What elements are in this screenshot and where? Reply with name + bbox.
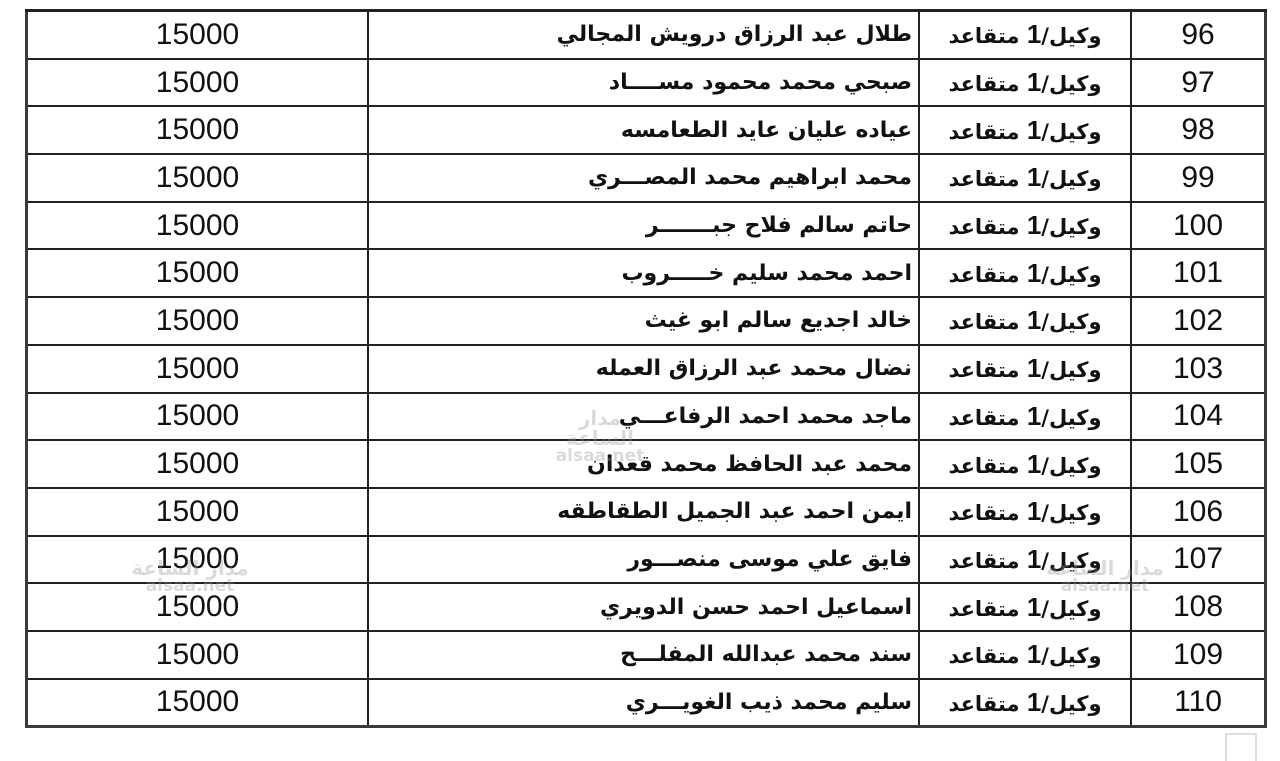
rank-cell: وكيل/1 متقاعد bbox=[919, 536, 1131, 584]
rank-text: وكيل/ bbox=[1041, 167, 1101, 191]
amount-cell: 15000 bbox=[27, 249, 369, 297]
rank-suffix: متقاعد bbox=[948, 310, 1026, 334]
number-cell: 108 bbox=[1131, 583, 1266, 631]
name-cell: محمد عبد الحافظ محمد قعدان bbox=[368, 440, 919, 488]
name-cell: ماجد محمد احمد الرفاعـــي bbox=[368, 393, 919, 441]
rank-digit: 1 bbox=[1027, 639, 1041, 669]
name-cell: احمد محمد سليم خـــــروب bbox=[368, 249, 919, 297]
rank-text: وكيل/ bbox=[1041, 120, 1101, 144]
rank-cell: وكيل/1 متقاعد bbox=[919, 631, 1131, 679]
number-cell: 98 bbox=[1131, 106, 1266, 154]
number-cell: 97 bbox=[1131, 59, 1266, 107]
table-row: 15000 حاتم سالم فلاح جبـــــــر وكيل/1 م… bbox=[27, 202, 1266, 250]
rank-text: وكيل/ bbox=[1041, 72, 1101, 96]
amount-cell: 15000 bbox=[27, 631, 369, 679]
rank-digit: 1 bbox=[1027, 496, 1041, 526]
rank-digit: 1 bbox=[1027, 19, 1041, 49]
rank-digit: 1 bbox=[1027, 210, 1041, 240]
rank-text: وكيل/ bbox=[1041, 24, 1101, 48]
amount-cell: 15000 bbox=[27, 536, 369, 584]
amount-cell: 15000 bbox=[27, 106, 369, 154]
rank-text: وكيل/ bbox=[1041, 406, 1101, 430]
name-cell: محمد ابراهيم محمد المصـــري bbox=[368, 154, 919, 202]
rank-cell: وكيل/1 متقاعد bbox=[919, 11, 1131, 59]
rank-cell: وكيل/1 متقاعد bbox=[919, 202, 1131, 250]
rank-digit: 1 bbox=[1027, 687, 1041, 717]
amount-cell: 15000 bbox=[27, 440, 369, 488]
table-row: 15000 سند محمد عبدالله المفلـــح وكيل/1 … bbox=[27, 631, 1266, 679]
rank-suffix: متقاعد bbox=[948, 263, 1026, 287]
rank-digit: 1 bbox=[1027, 353, 1041, 383]
rank-suffix: متقاعد bbox=[948, 167, 1026, 191]
rank-digit: 1 bbox=[1027, 592, 1041, 622]
table-row: 15000 ايمن احمد عبد الجميل الطقاطقه وكيل… bbox=[27, 488, 1266, 536]
name-cell: خالد اجديع سالم ابو غيث bbox=[368, 297, 919, 345]
amount-cell: 15000 bbox=[27, 202, 369, 250]
amount-cell: 15000 bbox=[27, 11, 369, 59]
rank-suffix: متقاعد bbox=[948, 72, 1026, 96]
name-cell: نضال محمد عبد الرزاق العمله bbox=[368, 345, 919, 393]
number-cell: 107 bbox=[1131, 536, 1266, 584]
rank-suffix: متقاعد bbox=[948, 406, 1026, 430]
amount-cell: 15000 bbox=[27, 154, 369, 202]
retirees-table: 15000 طلال عبد الرزاق درويش المجالي وكيل… bbox=[25, 9, 1267, 728]
rank-suffix: متقاعد bbox=[948, 215, 1026, 239]
number-cell: 103 bbox=[1131, 345, 1266, 393]
rank-digit: 1 bbox=[1027, 115, 1041, 145]
name-cell: اسماعيل احمد حسن الدويري bbox=[368, 583, 919, 631]
table-row: 15000 محمد ابراهيم محمد المصـــري وكيل/1… bbox=[27, 154, 1266, 202]
rank-text: وكيل/ bbox=[1041, 215, 1101, 239]
number-cell: 110 bbox=[1131, 679, 1266, 727]
rank-digit: 1 bbox=[1027, 401, 1041, 431]
rank-cell: وكيل/1 متقاعد bbox=[919, 106, 1131, 154]
number-cell: 96 bbox=[1131, 11, 1266, 59]
corner-placeholder-box bbox=[1225, 733, 1257, 761]
name-cell: سليم محمد ذيب الغويـــري bbox=[368, 679, 919, 727]
table-row: 15000 فايق علي موسى منصـــور وكيل/1 متقا… bbox=[27, 536, 1266, 584]
rank-text: وكيل/ bbox=[1041, 597, 1101, 621]
number-cell: 102 bbox=[1131, 297, 1266, 345]
rank-digit: 1 bbox=[1027, 258, 1041, 288]
rank-digit: 1 bbox=[1027, 305, 1041, 335]
rank-text: وكيل/ bbox=[1041, 310, 1101, 334]
rank-suffix: متقاعد bbox=[948, 692, 1026, 716]
amount-cell: 15000 bbox=[27, 393, 369, 441]
rank-digit: 1 bbox=[1027, 449, 1041, 479]
name-cell: طلال عبد الرزاق درويش المجالي bbox=[368, 11, 919, 59]
rank-suffix: متقاعد bbox=[948, 24, 1026, 48]
table-row: 15000 ماجد محمد احمد الرفاعـــي وكيل/1 م… bbox=[27, 393, 1266, 441]
rank-text: وكيل/ bbox=[1041, 549, 1101, 573]
rank-cell: وكيل/1 متقاعد bbox=[919, 297, 1131, 345]
number-cell: 109 bbox=[1131, 631, 1266, 679]
amount-cell: 15000 bbox=[27, 59, 369, 107]
table-row: 15000 طلال عبد الرزاق درويش المجالي وكيل… bbox=[27, 11, 1266, 59]
amount-cell: 15000 bbox=[27, 679, 369, 727]
rank-cell: وكيل/1 متقاعد bbox=[919, 249, 1131, 297]
amount-cell: 15000 bbox=[27, 345, 369, 393]
table-row: 15000 عياده عليان عايد الطعامسه وكيل/1 م… bbox=[27, 106, 1266, 154]
number-cell: 106 bbox=[1131, 488, 1266, 536]
rank-text: وكيل/ bbox=[1041, 454, 1101, 478]
number-cell: 100 bbox=[1131, 202, 1266, 250]
table-row: 15000 صبحي محمد محمود مســــاد وكيل/1 مت… bbox=[27, 59, 1266, 107]
rank-suffix: متقاعد bbox=[948, 597, 1026, 621]
amount-cell: 15000 bbox=[27, 297, 369, 345]
rank-cell: وكيل/1 متقاعد bbox=[919, 393, 1131, 441]
rank-text: وكيل/ bbox=[1041, 644, 1101, 668]
rank-digit: 1 bbox=[1027, 162, 1041, 192]
rank-text: وكيل/ bbox=[1041, 263, 1101, 287]
rank-cell: وكيل/1 متقاعد bbox=[919, 154, 1131, 202]
rank-cell: وكيل/1 متقاعد bbox=[919, 345, 1131, 393]
table-row: 15000 نضال محمد عبد الرزاق العمله وكيل/1… bbox=[27, 345, 1266, 393]
table-row: 15000 محمد عبد الحافظ محمد قعدان وكيل/1 … bbox=[27, 440, 1266, 488]
amount-cell: 15000 bbox=[27, 488, 369, 536]
rank-suffix: متقاعد bbox=[948, 358, 1026, 382]
number-cell: 105 bbox=[1131, 440, 1266, 488]
rank-text: وكيل/ bbox=[1041, 692, 1101, 716]
rank-cell: وكيل/1 متقاعد bbox=[919, 679, 1131, 727]
number-cell: 104 bbox=[1131, 393, 1266, 441]
rank-cell: وكيل/1 متقاعد bbox=[919, 440, 1131, 488]
name-cell: سند محمد عبدالله المفلـــح bbox=[368, 631, 919, 679]
table-row: 15000 احمد محمد سليم خـــــروب وكيل/1 مت… bbox=[27, 249, 1266, 297]
rank-suffix: متقاعد bbox=[948, 120, 1026, 144]
amount-cell: 15000 bbox=[27, 583, 369, 631]
table-body: 15000 طلال عبد الرزاق درويش المجالي وكيل… bbox=[27, 11, 1266, 727]
rank-suffix: متقاعد bbox=[948, 644, 1026, 668]
rank-digit: 1 bbox=[1027, 67, 1041, 97]
name-cell: عياده عليان عايد الطعامسه bbox=[368, 106, 919, 154]
name-cell: فايق علي موسى منصـــور bbox=[368, 536, 919, 584]
rank-cell: وكيل/1 متقاعد bbox=[919, 488, 1131, 536]
number-cell: 101 bbox=[1131, 249, 1266, 297]
table-row: 15000 اسماعيل احمد حسن الدويري وكيل/1 مت… bbox=[27, 583, 1266, 631]
rank-text: وكيل/ bbox=[1041, 358, 1101, 382]
table-row: 15000 سليم محمد ذيب الغويـــري وكيل/1 مت… bbox=[27, 679, 1266, 727]
name-cell: ايمن احمد عبد الجميل الطقاطقه bbox=[368, 488, 919, 536]
name-cell: صبحي محمد محمود مســــاد bbox=[368, 59, 919, 107]
rank-suffix: متقاعد bbox=[948, 501, 1026, 525]
rank-suffix: متقاعد bbox=[948, 454, 1026, 478]
name-cell: حاتم سالم فلاح جبـــــــر bbox=[368, 202, 919, 250]
number-cell: 99 bbox=[1131, 154, 1266, 202]
rank-digit: 1 bbox=[1027, 544, 1041, 574]
rank-text: وكيل/ bbox=[1041, 501, 1101, 525]
rank-suffix: متقاعد bbox=[948, 549, 1026, 573]
rank-cell: وكيل/1 متقاعد bbox=[919, 59, 1131, 107]
table-row: 15000 خالد اجديع سالم ابو غيث وكيل/1 متق… bbox=[27, 297, 1266, 345]
rank-cell: وكيل/1 متقاعد bbox=[919, 583, 1131, 631]
